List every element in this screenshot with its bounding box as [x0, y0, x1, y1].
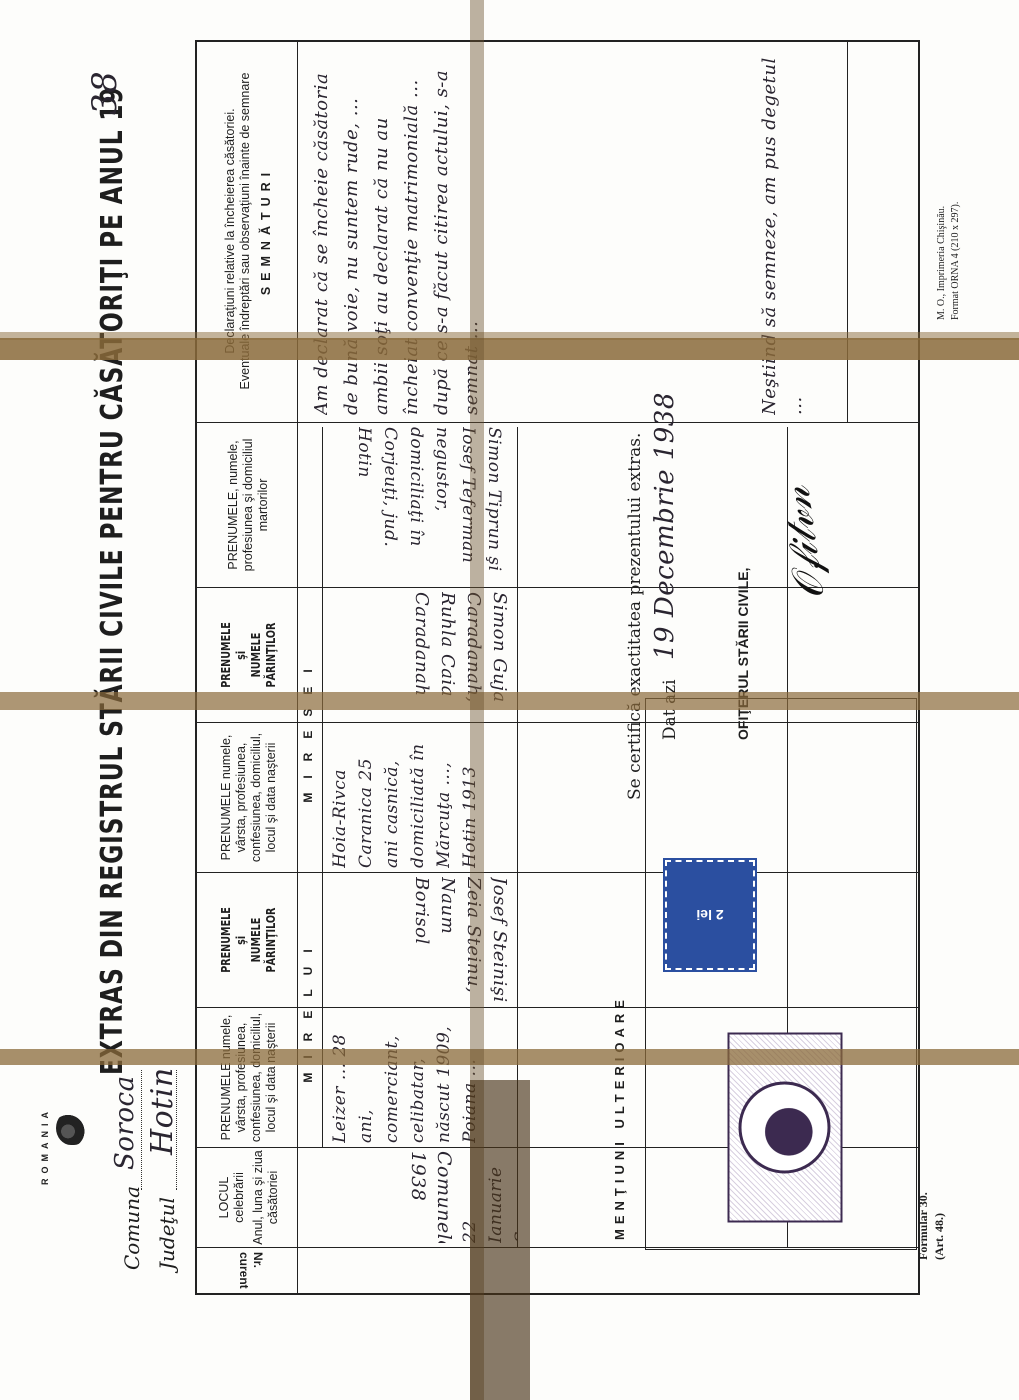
formular-line-1: Formular 30. — [915, 1192, 931, 1260]
header-locul: LOCUL celebrării Anul, luna şi ziua căsă… — [201, 1150, 296, 1245]
header-mireasa-parinti-2: şi — [234, 651, 249, 660]
marriage-extract-document: ROMANIA Comuna Soroca Judeţul Hotin EXTR… — [0, 0, 1019, 1400]
header-nr-curent: Nr. curent — [237, 1252, 265, 1288]
printer-note: M. O., Imprimeria Chişinău. Format ORNA … — [935, 202, 963, 320]
printer-line-2: Format ORNA 4 (210 x 297). — [949, 202, 963, 320]
stamp-value: 2 lei — [696, 907, 723, 923]
header-semnaturi: SEMNĂTURI — [259, 167, 274, 295]
certification-text: Se certifică exactitatea prezentului ext… — [625, 433, 645, 800]
judetul-value: Hotin — [145, 1067, 180, 1155]
entry-mireasa: Hoia-Rivca Caranica 25 ani casnică, domi… — [327, 726, 512, 868]
header-locul-text: LOCUL celebrării — [217, 1150, 247, 1245]
mentiuni-label: MENŢIUNI ULTERIOARE — [612, 995, 627, 1240]
certification-date: 19 Decembrie 1938 — [650, 392, 680, 660]
document-title: EXTRAS DIN REGISTRUL STĂRII CIVILE PENTR… — [95, 87, 130, 1075]
title-year-handwritten: 38 — [85, 71, 125, 115]
fold-stain — [0, 692, 1019, 710]
revenue-stamp-blue: 2 lei — [665, 860, 755, 970]
dark-stain — [470, 1080, 530, 1400]
fold-stain — [0, 332, 1019, 340]
header-mire-parinti-3: NUMELE PĂRINŢILOR — [249, 888, 279, 992]
header-declaratii: Declaraţiuni relative la încheierea căsă… — [201, 42, 296, 420]
header-mire-parinti-2: şi — [234, 936, 249, 945]
header-martori: PRENUMELE, numele, profesiunea şi domici… — [201, 425, 296, 585]
country-label: ROMANIA — [40, 1107, 50, 1185]
entry-anul-text: 1938 — [405, 1151, 431, 1243]
group-label-mireasa: MIRESEI — [301, 588, 315, 870]
portrait-icon — [739, 1082, 831, 1174]
fold-stain — [0, 338, 1019, 360]
fold-stain — [0, 1049, 1019, 1065]
printer-line-1: M. O., Imprimeria Chişinău. — [935, 202, 949, 320]
entry-mire-parinti: Josef Steinişi Zeia Steinu, Naum Borisol — [327, 877, 512, 1003]
header-mire-parinti: PRENUMELE şi NUMELE PĂRINŢILOR — [201, 875, 296, 1005]
header-mireasa-persoana: PRENUMELE numele, vârsta, profesiunea, c… — [201, 725, 296, 870]
header-mire-persoana: PRENUMELE numele, vârsta, profesiunea, c… — [201, 1010, 296, 1145]
header-anul-text: Anul, luna şi ziua căsătoriei — [251, 1150, 281, 1245]
judetul-label: Judeţul — [155, 1197, 179, 1270]
entry-locul-text: Comunele — [431, 1151, 457, 1243]
formular-note: Formular 30. (Art. 48.) — [915, 1192, 947, 1260]
comuna-value: Soroca — [110, 1075, 140, 1170]
comuna-label: Comuna — [120, 1186, 144, 1270]
officer-label: OFIŢERUL STĂRII CIVILE, — [735, 568, 751, 740]
header-mire-parinti-1: PRENUMELE — [219, 907, 234, 973]
header-mireasa-parinti-1: PRENUMELE — [219, 622, 234, 688]
group-label-mire: MIRELUI — [301, 873, 315, 1145]
comuna-dotted-line — [140, 1070, 142, 1190]
formular-line-2: (Art. 48.) — [931, 1192, 947, 1260]
entry-locul: Comunele 1938 — [327, 1151, 457, 1243]
header-declaratii-1: Declaraţiuni relative la încheierea căsă… — [223, 108, 238, 353]
coat-of-arms-icon — [56, 1111, 86, 1145]
